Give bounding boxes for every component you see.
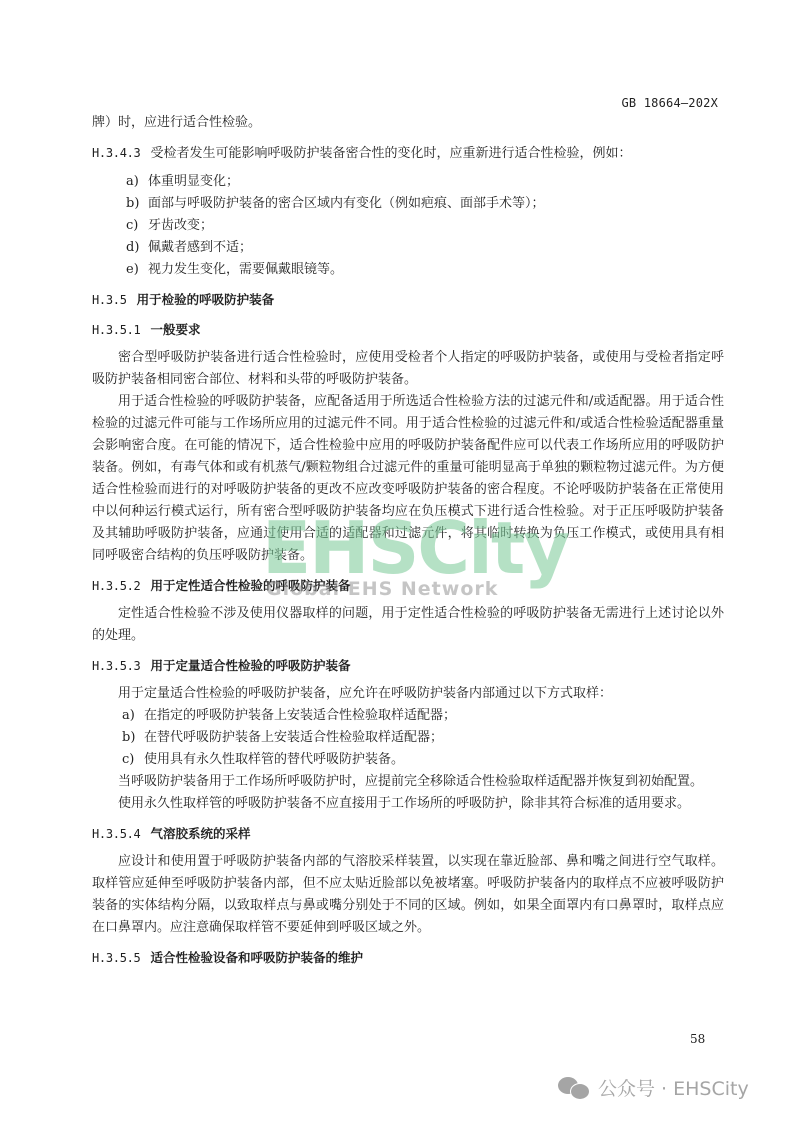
list-marker: b)	[122, 727, 144, 749]
heading-number: H.3.5.3	[92, 659, 140, 673]
heading-h353: H.3.5.3用于定量适合性检验的呼吸防护装备	[92, 655, 724, 677]
heading-h351: H.3.5.1一般要求	[92, 319, 724, 341]
heading-h35: H.3.5用于检验的呼吸防护装备	[92, 289, 724, 311]
list-text: 使用具有永久性取样管的替代呼吸防护装备。	[144, 752, 404, 767]
paragraph: 密合型呼吸防护装备进行适合性检验时，应使用受检者个人指定的呼吸防护装备，或使用与…	[92, 347, 724, 391]
list-h353: a)在指定的呼吸防护装备上安装适合性检验取样适配器； b)在替代呼吸防护装备上安…	[92, 705, 724, 771]
wechat-brand-mark: 公众号 · EHSCity	[558, 1074, 749, 1101]
list-marker: a)	[126, 171, 148, 193]
list-text: 面部与呼吸防护装备的密合区域内有变化（例如疤痕、面部手术等）；	[148, 196, 545, 211]
standard-number: GB 18664—202X	[621, 96, 718, 110]
list-text: 佩戴者感到不适；	[148, 240, 252, 255]
list-item: c)牙齿改变；	[126, 215, 724, 237]
heading-title: 气溶胶系统的采样	[150, 826, 250, 841]
heading-title: 适合性检验设备和呼吸防护装备的维护	[150, 950, 363, 965]
continuation-text: 牌）时，应进行适合性检验。	[92, 112, 724, 134]
list-h343: a)体重明显变化； b)面部与呼吸防护装备的密合区域内有变化（例如疤痕、面部手术…	[92, 171, 724, 281]
brand-text: 公众号 · EHSCity	[598, 1074, 749, 1101]
list-text: 体重明显变化；	[148, 174, 239, 189]
list-item: b)在替代呼吸防护装备上安装适合性检验取样适配器；	[122, 727, 724, 749]
clause-h343: H.3.4.3受检者发生可能影响呼吸防护装备密合性的变化时，应重新进行适合性检验…	[92, 142, 724, 165]
paragraph: 当呼吸防护装备用于工作场所呼吸防护时，应提前完全移除适合性检验取样适配器并恢复到…	[92, 771, 724, 793]
document-page: GB 18664—202X 牌）时，应进行适合性检验。 H.3.4.3受检者发生…	[0, 0, 794, 1123]
heading-number: H.3.5.2	[92, 579, 140, 593]
list-marker: e)	[126, 259, 148, 281]
list-text: 视力发生变化，需要佩戴眼镜等。	[148, 262, 343, 277]
heading-number: H.3.5.1	[92, 323, 140, 337]
paragraph: 用于适合性检验的呼吸防护装备，应配备适用于所选适合性检验方法的过滤元件和/或适配…	[92, 391, 724, 567]
list-marker: a)	[122, 705, 144, 727]
clause-number: H.3.4.3	[92, 146, 140, 160]
list-marker: c)	[122, 749, 144, 771]
list-item: b)面部与呼吸防护装备的密合区域内有变化（例如疤痕、面部手术等）；	[126, 193, 724, 215]
paragraph: 应设计和使用置于呼吸防护装备内部的气溶胶采样装置，以实现在靠近脸部、鼻和嘴之间进…	[92, 851, 724, 939]
clause-text: 受检者发生可能影响呼吸防护装备密合性的变化时，应重新进行适合性检验，例如：	[150, 146, 631, 161]
list-item: a)体重明显变化；	[126, 171, 724, 193]
list-marker: b)	[126, 193, 148, 215]
paragraph: 用于定量适合性检验的呼吸防护装备，应允许在呼吸防护装备内部通过以下方式取样：	[92, 683, 724, 705]
list-text: 在指定的呼吸防护装备上安装适合性检验取样适配器；	[144, 708, 456, 723]
heading-number: H.3.5	[92, 293, 127, 307]
heading-title: 用于检验的呼吸防护装备	[137, 292, 275, 307]
list-marker: d)	[126, 237, 148, 259]
heading-title: 一般要求	[150, 322, 200, 337]
page-number: 58	[690, 1032, 705, 1046]
heading-h352: H.3.5.2用于定性适合性检验的呼吸防护装备	[92, 575, 724, 597]
list-item: d)佩戴者感到不适；	[126, 237, 724, 259]
paragraph: 使用永久性取样管的呼吸防护装备不应直接用于工作场所的呼吸防护，除非其符合标准的适…	[92, 793, 724, 815]
list-item: e)视力发生变化，需要佩戴眼镜等。	[126, 259, 724, 281]
heading-h355: H.3.5.5适合性检验设备和呼吸防护装备的维护	[92, 947, 724, 969]
wechat-icon	[558, 1075, 592, 1101]
paragraph: 定性适合性检验不涉及使用仪器取样的问题，用于定性适合性检验的呼吸防护装备无需进行…	[92, 603, 724, 647]
list-item: a)在指定的呼吸防护装备上安装适合性检验取样适配器；	[122, 705, 724, 727]
page-content: 牌）时，应进行适合性检验。 H.3.4.3受检者发生可能影响呼吸防护装备密合性的…	[92, 112, 724, 975]
heading-number: H.3.5.4	[92, 827, 140, 841]
list-text: 牙齿改变；	[148, 218, 213, 233]
list-text: 在替代呼吸防护装备上安装适合性检验取样适配器；	[144, 730, 443, 745]
heading-number: H.3.5.5	[92, 951, 140, 965]
list-marker: c)	[126, 215, 148, 237]
heading-title: 用于定量适合性检验的呼吸防护装备	[150, 658, 350, 673]
heading-h354: H.3.5.4气溶胶系统的采样	[92, 823, 724, 845]
list-item: c)使用具有永久性取样管的替代呼吸防护装备。	[122, 749, 724, 771]
heading-title: 用于定性适合性检验的呼吸防护装备	[150, 578, 350, 593]
